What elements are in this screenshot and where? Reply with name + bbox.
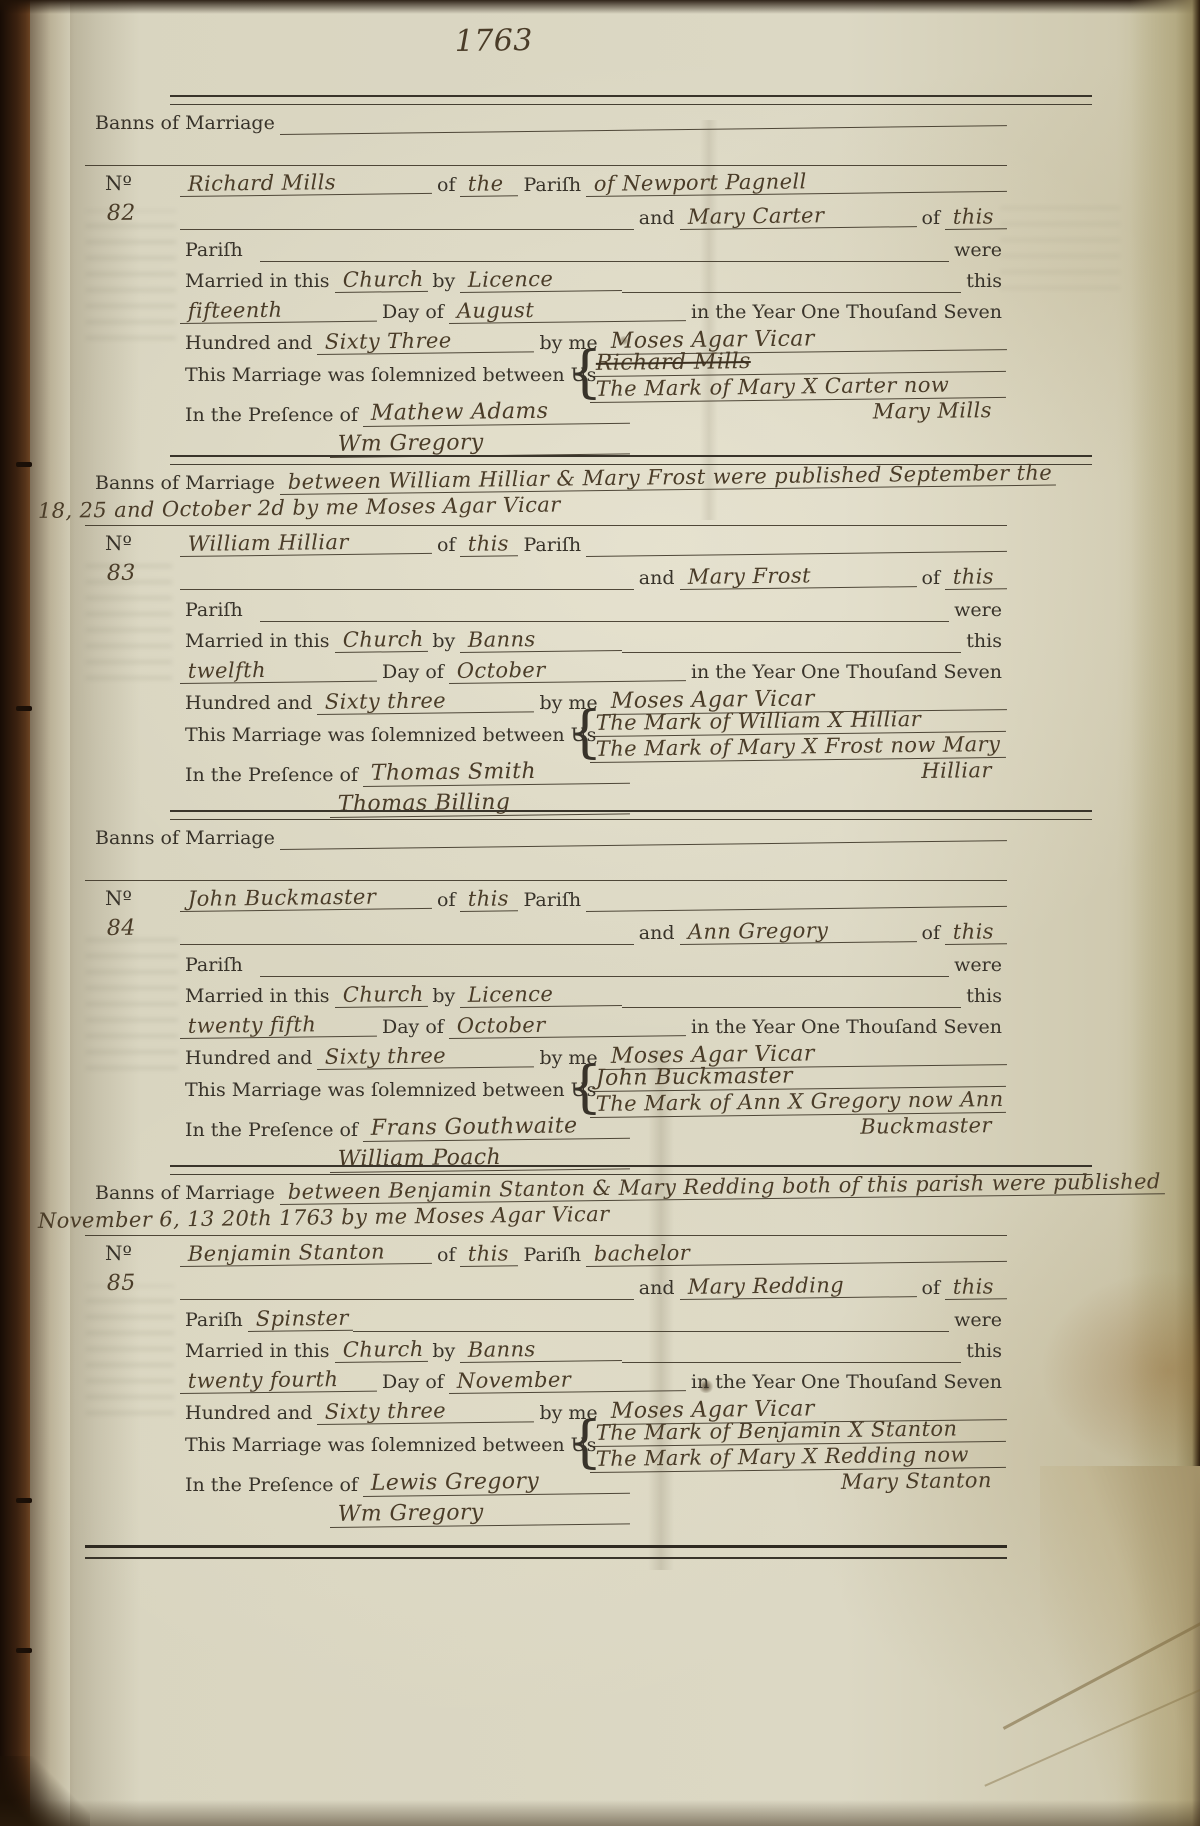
presence-label: In the Preſence of: [180, 404, 363, 427]
solemnized-line: This Marriage was ſolemnized between Us: [180, 361, 601, 387]
bride-of-handwriting: this: [945, 204, 1007, 230]
parish-label: Pariſh: [180, 954, 248, 977]
married-in-this-label: Married in this: [180, 985, 335, 1008]
banns-overflow-line: [85, 139, 1007, 166]
blank-underline: [353, 1331, 950, 1332]
banns-overflow-line: 18, 25 and October 2d by me Moses Agar V…: [85, 499, 1007, 526]
bride-line: and Ann Gregory of this: [180, 919, 1007, 945]
married-line: Married in this Church by Licence this: [180, 982, 1007, 1008]
and-label: and: [634, 922, 680, 945]
entry-number-value: 83: [107, 560, 165, 586]
bride-mark-wrap: Mary Mills: [590, 398, 1006, 427]
witness-2-signature: Wm Gregory: [330, 428, 630, 458]
bride-name-handwriting: Mary Redding: [679, 1272, 916, 1300]
parish-line: Pariſh were: [180, 596, 1007, 622]
day-handwriting: twenty fourth: [180, 1367, 377, 1394]
bride-mark-wrap: Buckmaster: [590, 1113, 1006, 1142]
marriage-entry-82: Banns of Marriage Nº 82 Richard Mills of…: [85, 95, 1007, 455]
church-handwriting: Church: [334, 267, 427, 293]
groom-line: John Buckmaster of this Pariſh: [180, 886, 1007, 912]
day-line: twenty fourth Day of November in the Yea…: [180, 1368, 1007, 1394]
of-label: of: [917, 567, 945, 590]
presence-line: In the Preſence of Thomas Smith: [180, 761, 630, 787]
solemnized-label: This Marriage was ſolemnized between Us: [180, 1434, 601, 1457]
blank-underline: [622, 652, 961, 653]
banns-header-line: Banns of Marriage: [90, 824, 1007, 850]
banns-header-line: Banns of Marriage between Benjamin Stant…: [90, 1179, 1007, 1205]
of-label: of: [432, 1244, 460, 1267]
blank-underline: [260, 621, 949, 622]
bride-name-handwriting: Ann Gregory: [679, 917, 916, 945]
entry-number: Nº 83: [105, 531, 165, 586]
of-label: of: [432, 174, 460, 197]
year-line-label: in the Year One Thouſand Seven: [686, 301, 1007, 324]
banns-header-line: Banns of Marriage: [90, 109, 1007, 135]
blank-underline: [622, 292, 961, 293]
day-line: fifteenth Day of August in the Year One …: [180, 298, 1007, 324]
blank-underline: [180, 229, 634, 230]
and-label: and: [634, 1277, 680, 1300]
hundred-and-label: Hundred and: [180, 1047, 317, 1070]
month-handwriting: October: [449, 656, 686, 684]
this-label: this: [961, 985, 1007, 1008]
blank-underline: [622, 1362, 961, 1363]
parish-line: Pariſh were: [180, 951, 1007, 977]
banns-of-marriage-label: Banns of Marriage: [90, 112, 280, 135]
parish-label: Pariſh: [518, 1244, 586, 1267]
year-line-label: in the Year One Thouſand Seven: [686, 1371, 1007, 1394]
blank-underline: [260, 976, 949, 977]
hundred-and-label: Hundred and: [180, 692, 317, 715]
entry-number: Nº 82: [105, 171, 165, 226]
binding-stitch: [16, 706, 32, 711]
parish-label: Pariſh: [518, 174, 586, 197]
witness-1-signature: Thomas Smith: [363, 758, 630, 787]
entry-separator-rule: [170, 95, 1092, 105]
method-handwriting: Banns: [460, 1336, 622, 1363]
year-line-label: in the Year One Thouſand Seven: [686, 661, 1007, 684]
witness-1-signature: Frans Gouthwaite: [363, 1113, 630, 1142]
blank-underline: [180, 1299, 634, 1300]
blank-underline: [180, 589, 634, 590]
groom-of-handwriting: the: [460, 171, 518, 197]
blank-underline: [260, 261, 949, 262]
no-label: Nº: [105, 886, 132, 910]
were-label: were: [949, 599, 1007, 622]
hundred-and-label: Hundred and: [180, 332, 317, 355]
no-label: Nº: [105, 171, 132, 195]
married-in-this-label: Married in this: [180, 630, 335, 653]
day-handwriting: twenty fifth: [180, 1012, 377, 1039]
hundred-and-label: Hundred and: [180, 1402, 317, 1425]
were-label: were: [949, 954, 1007, 977]
signatures-block: The Mark of William X Hilliar The Mark o…: [590, 711, 1006, 787]
year-words-handwriting: Sixty Three: [317, 327, 534, 355]
groom-name-handwriting: Richard Mills: [180, 169, 432, 197]
and-label: and: [634, 567, 680, 590]
banns-handwriting-2: 18, 25 and October 2d by me Moses Agar V…: [30, 492, 565, 523]
entry-separator-rule: [170, 810, 1092, 820]
presence-label: In the Preſence of: [180, 1474, 363, 1497]
and-label: and: [634, 207, 680, 230]
year-line-label: in the Year One Thouſand Seven: [686, 1016, 1007, 1039]
banns-of-marriage-label: Banns of Marriage: [90, 827, 280, 850]
by-label: by: [427, 985, 460, 1008]
entry-number-value: 84: [107, 915, 165, 941]
groom-of-handwriting: this: [460, 1241, 518, 1267]
bride-of-handwriting: this: [945, 919, 1007, 945]
banns-header-line: Banns of Marriage between William Hillia…: [90, 469, 1007, 495]
year-words-handwriting: Sixty three: [317, 1397, 534, 1425]
by-label: by: [427, 270, 460, 293]
bride-line: and Mary Frost of this: [180, 564, 1007, 590]
bride-mark-wrap: Hilliar: [590, 758, 1006, 787]
entry-number: Nº 84: [105, 886, 165, 941]
married-in-this-label: Married in this: [180, 270, 335, 293]
day-line: twenty fifth Day of October in the Year …: [180, 1013, 1007, 1039]
groom-name-handwriting: Benjamin Stanton: [180, 1239, 432, 1267]
banns-overflow-line: [85, 854, 1007, 881]
groom-name-handwriting: William Hilliar: [180, 529, 432, 557]
signatures-block: Richard Mills The Mark of Mary X Carter …: [590, 351, 1006, 427]
parish-line: Pariſh were: [180, 236, 1007, 262]
month-handwriting: November: [449, 1366, 686, 1394]
day-handwriting: fifteenth: [180, 297, 377, 324]
church-handwriting: Church: [334, 982, 427, 1008]
binding-stitch: [16, 1648, 32, 1653]
marriage-entry-85: Banns of Marriage between Benjamin Stant…: [85, 1165, 1007, 1525]
by-label: by: [427, 1340, 460, 1363]
parish-label: Pariſh: [180, 599, 248, 622]
banns-handwriting: [280, 840, 1007, 850]
banns-of-marriage-label: Banns of Marriage: [90, 1182, 280, 1205]
groom-line: Richard Mills of the Pariſh of Newport P…: [180, 171, 1007, 197]
bride-line: and Mary Redding of this: [180, 1274, 1007, 1300]
paper-stain: [1040, 1270, 1200, 1470]
no-label: Nº: [105, 1241, 132, 1265]
presence-label: In the Preſence of: [180, 1119, 363, 1142]
parish-label: Pariſh: [180, 239, 248, 262]
signatures-block: The Mark of Benjamin X Stanton The Mark …: [590, 1421, 1006, 1497]
year-words-handwriting: Sixty three: [317, 687, 534, 715]
year-words-handwriting: Sixty three: [317, 1042, 534, 1070]
solemnized-label: This Marriage was ſolemnized between Us: [180, 724, 601, 747]
of-label: of: [432, 534, 460, 557]
banns-handwriting-2: November 6, 13 20th 1763 by me Moses Aga…: [30, 1202, 614, 1233]
month-handwriting: October: [449, 1011, 686, 1039]
groom-line: Benjamin Stanton of this Pariſh bachelor: [180, 1241, 1007, 1267]
solemnized-label: This Marriage was ſolemnized between Us: [180, 1079, 601, 1102]
witness-2-signature: Wm Gregory: [330, 1498, 630, 1528]
solemnized-line: This Marriage was ſolemnized between Us: [180, 1431, 601, 1457]
entry-number-value: 82: [107, 200, 165, 226]
solemnized-line: This Marriage was ſolemnized between Us: [180, 1076, 601, 1102]
wood-table-edge: [0, 0, 30, 1826]
entry-number: Nº 85: [105, 1241, 165, 1296]
bleed-through-text: [1000, 200, 1120, 290]
bride-name-handwriting: Mary Carter: [679, 202, 916, 230]
groom-parish-handwriting: of Newport Pagnell: [586, 167, 1007, 197]
day-of-label: Day of: [377, 1371, 449, 1394]
blank-underline: [180, 944, 634, 945]
parish-label: Pariſh: [518, 534, 586, 557]
banns-overflow-line: November 6, 13 20th 1763 by me Moses Aga…: [85, 1209, 1007, 1236]
day-handwriting: twelfth: [180, 657, 377, 684]
married-line: Married in this Church by Licence this: [180, 267, 1007, 293]
presence-line: In the Preſence of Mathew Adams: [180, 401, 630, 427]
page-bottom-rule: [85, 1545, 1007, 1559]
presence-line: In the Preſence of Lewis Gregory: [180, 1471, 630, 1497]
married-line: Married in this Church by Banns this: [180, 1337, 1007, 1363]
presence-line: In the Preſence of Frans Gouthwaite: [180, 1116, 630, 1142]
day-of-label: Day of: [377, 1016, 449, 1039]
married-line: Married in this Church by Banns this: [180, 627, 1007, 653]
day-of-label: Day of: [377, 661, 449, 684]
method-handwriting: Banns: [460, 626, 622, 653]
marriage-entry-83: Banns of Marriage between William Hillia…: [85, 455, 1007, 815]
witness-2-line: Wm Gregory: [330, 1502, 630, 1528]
page-top-edge: [0, 0, 1200, 14]
witness-1-signature: Mathew Adams: [363, 398, 630, 427]
marriage-entry-84: Banns of Marriage Nº 84 John Buckmaster …: [85, 810, 1007, 1170]
parish-label: Pariſh: [518, 889, 586, 912]
of-label: of: [917, 1277, 945, 1300]
day-of-label: Day of: [377, 301, 449, 324]
binding-stitch: [16, 462, 32, 467]
banns-handwriting: between William Hilliar & Mary Frost wer…: [280, 461, 1057, 495]
this-label: this: [961, 270, 1007, 293]
of-label: of: [432, 889, 460, 912]
register-page-scan: 1763 Banns of Marriage Nº 82 Richard Mil…: [0, 0, 1200, 1826]
bride-of-handwriting: this: [945, 1274, 1007, 1300]
entry-number-value: 85: [107, 1270, 165, 1296]
solemnized-line: This Marriage was ſolemnized between Us: [180, 721, 601, 747]
of-label: of: [917, 922, 945, 945]
blank-underline: [622, 1007, 961, 1008]
page-left-edge: [30, 0, 75, 1826]
month-handwriting: August: [449, 296, 686, 324]
signatures-block: John Buckmaster The Mark of Ann X Gregor…: [590, 1066, 1006, 1142]
bride-mark-wrap: Mary Stanton: [590, 1468, 1006, 1497]
presence-label: In the Preſence of: [180, 764, 363, 787]
groom-parish-handwriting: bachelor: [586, 1237, 1007, 1267]
married-in-this-label: Married in this: [180, 1340, 335, 1363]
church-handwriting: Church: [334, 627, 427, 653]
bride-name-handwriting: Mary Frost: [679, 562, 916, 590]
solemnized-label: This Marriage was ſolemnized between Us: [180, 364, 601, 387]
groom-parish-handwriting: [586, 906, 1007, 912]
groom-of-handwriting: this: [460, 531, 518, 557]
year-heading: 1763: [455, 23, 533, 59]
banns-of-marriage-label: Banns of Marriage: [90, 472, 280, 495]
groom-line: William Hilliar of this Pariſh: [180, 531, 1007, 557]
parish-label: Pariſh: [180, 1309, 248, 1332]
binding-stitch: [16, 1498, 32, 1503]
this-label: this: [961, 630, 1007, 653]
page-bottom-shadow: [0, 1800, 1200, 1826]
banns-handwriting: [280, 125, 1007, 135]
bride-of-handwriting: this: [945, 564, 1007, 590]
groom-name-handwriting: John Buckmaster: [180, 884, 432, 912]
no-label: Nº: [105, 531, 132, 555]
parish-extra-handwriting: Spinster: [247, 1306, 352, 1332]
this-label: this: [961, 1340, 1007, 1363]
method-handwriting: Licence: [460, 266, 622, 293]
method-handwriting: Licence: [460, 981, 622, 1008]
groom-of-handwriting: this: [460, 886, 518, 912]
underlying-page: [1040, 1466, 1200, 1826]
groom-parish-handwriting: [586, 551, 1007, 557]
parish-line: Pariſh Spinster were: [180, 1306, 1007, 1332]
of-label: of: [917, 207, 945, 230]
witness-1-signature: Lewis Gregory: [363, 1468, 630, 1497]
were-label: were: [949, 239, 1007, 262]
were-label: were: [949, 1309, 1007, 1332]
bride-line: and Mary Carter of this: [180, 204, 1007, 230]
by-label: by: [427, 630, 460, 653]
church-handwriting: Church: [334, 1337, 427, 1363]
day-line: twelfth Day of October in the Year One T…: [180, 658, 1007, 684]
